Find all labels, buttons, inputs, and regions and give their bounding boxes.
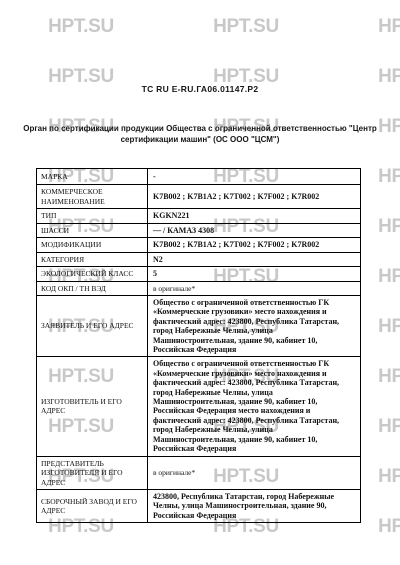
table-row: ТИПKGKN221 bbox=[37, 209, 361, 224]
table-row: СБОРОЧНЫЙ ЗАВОД И ЕГО АДРЕС423800, Респу… bbox=[37, 490, 361, 523]
watermark-text: HPT.SU bbox=[378, 266, 400, 288]
certification-body-title: Орган по сертификации продукции Общества… bbox=[20, 123, 380, 145]
vehicle-spec-table: МАРКА-КОММЕРЧЕСКОЕ НАИМЕНОВАНИЕK7B002 ; … bbox=[36, 168, 361, 523]
watermark-text: HPT.SU bbox=[378, 416, 400, 438]
row-value: N2 bbox=[148, 252, 361, 267]
table-row: ЭКОЛОГИЧЕСКИЙ КЛАСС5 bbox=[37, 267, 361, 282]
watermark-text: HPT.SU bbox=[213, 16, 279, 38]
row-value: в оригинале* bbox=[148, 281, 361, 296]
row-label: ШАССИ bbox=[37, 223, 148, 238]
table-row: ШАССИ— / КАМАЗ 4308 bbox=[37, 223, 361, 238]
table-row: КАТЕГОРИЯN2 bbox=[37, 252, 361, 267]
row-label: КОММЕРЧЕСКОЕ НАИМЕНОВАНИЕ bbox=[37, 185, 148, 209]
table-row: ИЗГОТОВИТЕЛЬ И ЕГО АДРЕСОбщество с огран… bbox=[37, 357, 361, 456]
watermark-text: HPT.SU bbox=[378, 316, 400, 338]
row-label: КАТЕГОРИЯ bbox=[37, 252, 148, 267]
certificate-page: HPT.SUHPT.SUHPT.SUHPT.SUHPT.SUHPT.SUHPT.… bbox=[0, 0, 400, 565]
row-label: ЗАЯВИТЕЛЬ И ЕГО АДРЕС bbox=[37, 296, 148, 357]
row-label: МАРКА bbox=[37, 169, 148, 185]
watermark-text: HPT.SU bbox=[378, 366, 400, 388]
table-row: КОД ОКП / ТН ВЭДв оригинале* bbox=[37, 281, 361, 296]
row-label: МОДИФИКАЦИИ bbox=[37, 238, 148, 253]
row-label: ИЗГОТОВИТЕЛЬ И ЕГО АДРЕС bbox=[37, 357, 148, 456]
row-value: 423800, Республика Татарстан, город Набе… bbox=[148, 490, 361, 523]
row-value: Общество с ограниченной ответственностью… bbox=[148, 357, 361, 456]
row-value: K7B002 ; K7B1A2 ; K7T002 ; K7F002 ; K7R0… bbox=[148, 238, 361, 253]
watermark-text: HPT.SU bbox=[378, 516, 400, 538]
row-value: — / КАМАЗ 4308 bbox=[148, 223, 361, 238]
watermark-text: HPT.SU bbox=[378, 116, 400, 138]
watermark-text: HPT.SU bbox=[378, 216, 400, 238]
watermark-text: HPT.SU bbox=[378, 16, 400, 38]
watermark-text: HPT.SU bbox=[378, 166, 400, 188]
row-label: КОД ОКП / ТН ВЭД bbox=[37, 281, 148, 296]
table-row: МАРКА- bbox=[37, 169, 361, 185]
row-label: СБОРОЧНЫЙ ЗАВОД И ЕГО АДРЕС bbox=[37, 490, 148, 523]
table-row: КОММЕРЧЕСКОЕ НАИМЕНОВАНИЕK7B002 ; K7B1A2… bbox=[37, 185, 361, 209]
table-row: МОДИФИКАЦИИK7B002 ; K7B1A2 ; K7T002 ; K7… bbox=[37, 238, 361, 253]
certificate-number: ТС RU E-RU.ГА06.01147.Р2 bbox=[0, 84, 400, 94]
row-value: 5 bbox=[148, 267, 361, 282]
table-row: ПРЕДСТАВИТЕЛЬ ИЗГОТОВИТЕЛЯ И ЕГО АДРЕСв … bbox=[37, 456, 361, 490]
table-row: ЗАЯВИТЕЛЬ И ЕГО АДРЕСОбщество с ограниче… bbox=[37, 296, 361, 357]
row-value: KGKN221 bbox=[148, 209, 361, 224]
row-label: ЭКОЛОГИЧЕСКИЙ КЛАСС bbox=[37, 267, 148, 282]
row-value: K7B002 ; K7B1A2 ; K7T002 ; K7F002 ; K7R0… bbox=[148, 185, 361, 209]
watermark-text: HPT.SU bbox=[48, 16, 114, 38]
row-value: Общество с ограниченной ответственностью… bbox=[148, 296, 361, 357]
row-value: - bbox=[148, 169, 361, 185]
watermark-text: HPT.SU bbox=[378, 466, 400, 488]
row-label: ТИП bbox=[37, 209, 148, 224]
row-value: в оригинале* bbox=[148, 456, 361, 490]
row-label: ПРЕДСТАВИТЕЛЬ ИЗГОТОВИТЕЛЯ И ЕГО АДРЕС bbox=[37, 456, 148, 490]
